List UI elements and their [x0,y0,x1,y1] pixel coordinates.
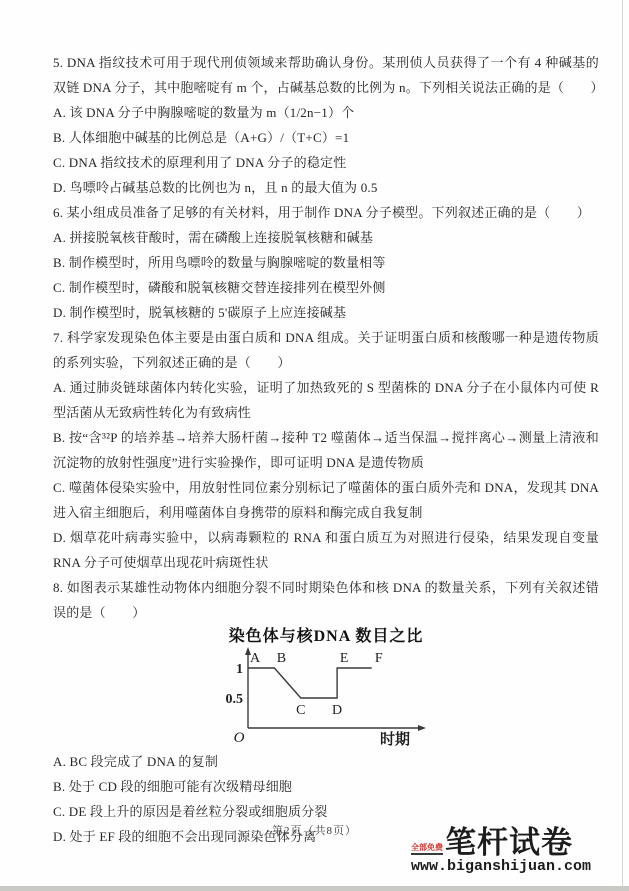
question-5-stem: 5. DNA 指纹技术可用于现代刑侦领域来帮助确认身份。某刑侦人员获得了一个有 … [53,50,599,100]
exam-page: 5. DNA 指纹技术可用于现代刑侦领域来帮助确认身份。某刑侦人员获得了一个有 … [0,0,629,891]
question-6-option-b: B. 制作模型时，所用鸟嘌呤的数量与胸腺嘧啶的数量相等 [53,250,599,275]
question-7-option-c: C. 噬菌体侵染实验中，用放射性同位素分别标记了噬菌体的蛋白质外壳和 DNA，发… [53,475,599,525]
origin-label: O [234,730,245,746]
question-8: 8. 如图表示某雄性动物体内细胞分裂不同时期染色体和核 DNA 的数量关系，下列… [53,575,599,849]
point-label-F: F [375,651,383,666]
y-tick-label-1: 1 [236,662,243,677]
question-8-option-c: C. DE 段上升的原因是着丝粒分裂或细胞质分裂 [53,799,599,824]
point-label-A: A [250,651,261,666]
page-bottom-edge [0,886,629,891]
watermark-free-label: 全部免费 [411,843,443,855]
site-watermark: 全部免费 笔杆试卷 www.biganshijuan.com [411,828,591,875]
y-tick-label-0.5: 0.5 [226,692,244,707]
question-8-stem: 8. 如图表示某雄性动物体内细胞分裂不同时期染色体和核 DNA 的数量关系，下列… [53,575,599,625]
question-6-stem: 6. 某小组成员准备了足够的有关材料，用于制作 DNA 分子模型。下列叙述正确的… [53,200,599,225]
watermark-brand: 笔杆试卷 [445,828,573,858]
question-5-option-a: A. 该 DNA 分子中胸腺嘧啶的数量为 m（1/2n−1）个 [53,100,599,125]
question-7-option-a: A. 通过肺炎链球菌体内转化实验，证明了加热致死的 S 型菌株的 DNA 分子在… [53,375,599,425]
point-label-B: B [277,651,286,666]
question-5: 5. DNA 指纹技术可用于现代刑侦领域来帮助确认身份。某刑侦人员获得了一个有 … [53,50,599,200]
point-label-C: C [296,703,305,718]
question-5-option-c: C. DNA 指纹技术的原理利用了 DNA 分子的稳定性 [53,150,599,175]
chart-title: 染色体与核DNA 数目之比 [217,627,435,647]
question-7-option-b: B. 按“含³²P 的培养基→培养大肠杆菌→接种 T2 噬菌体→适当保温→搅拌离… [53,425,599,475]
question-8-option-b: B. 处于 CD 段的细胞可能有次级精母细胞 [53,774,599,799]
x-axis-title: 时期 [380,731,410,747]
ratio-line-chart: 染色体与核DNA 数目之比 ABCDEF10.5O时期 [217,627,435,747]
question-6: 6. 某小组成员准备了足够的有关材料，用于制作 DNA 分子模型。下列叙述正确的… [53,200,599,325]
question-7-stem: 7. 科学家发现染色体主要是由蛋白质和 DNA 组成。关于证明蛋白质和核酸哪一种… [53,325,599,375]
exam-content: 5. DNA 指纹技术可用于现代刑侦领域来帮助确认身份。某刑侦人员获得了一个有 … [53,50,599,849]
question-5-option-b: B. 人体细胞中碱基的比例总是（A+G）/（T+C）=1 [53,125,599,150]
chart-canvas: ABCDEF10.5O时期 [217,647,435,747]
page-right-edge [622,0,623,891]
watermark-url: www.biganshijuan.com [411,858,591,875]
point-label-D: D [332,703,342,718]
question-8-option-a: A. BC 段完成了 DNA 的复制 [53,749,599,774]
chart-svg: ABCDEF10.5O时期 [220,647,432,747]
ratio-data-line [248,668,372,698]
question-7-option-d: D. 烟草花叶病毒实验中，以病毒颗粒的 RNA 和蛋白质互为对照进行侵染，结果发… [53,525,599,575]
x-axis-arrow-icon [418,725,426,731]
question-6-option-d: D. 制作模型时，脱氧核糖的 5'碳原子上应连接碱基 [53,300,599,325]
question-6-option-c: C. 制作模型时，磷酸和脱氧核糖交替连接排列在模型外侧 [53,275,599,300]
point-label-E: E [340,651,349,666]
question-7: 7. 科学家发现染色体主要是由蛋白质和 DNA 组成。关于证明蛋白质和核酸哪一种… [53,325,599,575]
question-6-option-a: A. 拼接脱氧核苷酸时，需在磷酸上连接脱氧核糖和碱基 [53,225,599,250]
question-5-option-d: D. 鸟嘌呤占碱基总数的比例也为 n，且 n 的最大值为 0.5 [53,175,599,200]
